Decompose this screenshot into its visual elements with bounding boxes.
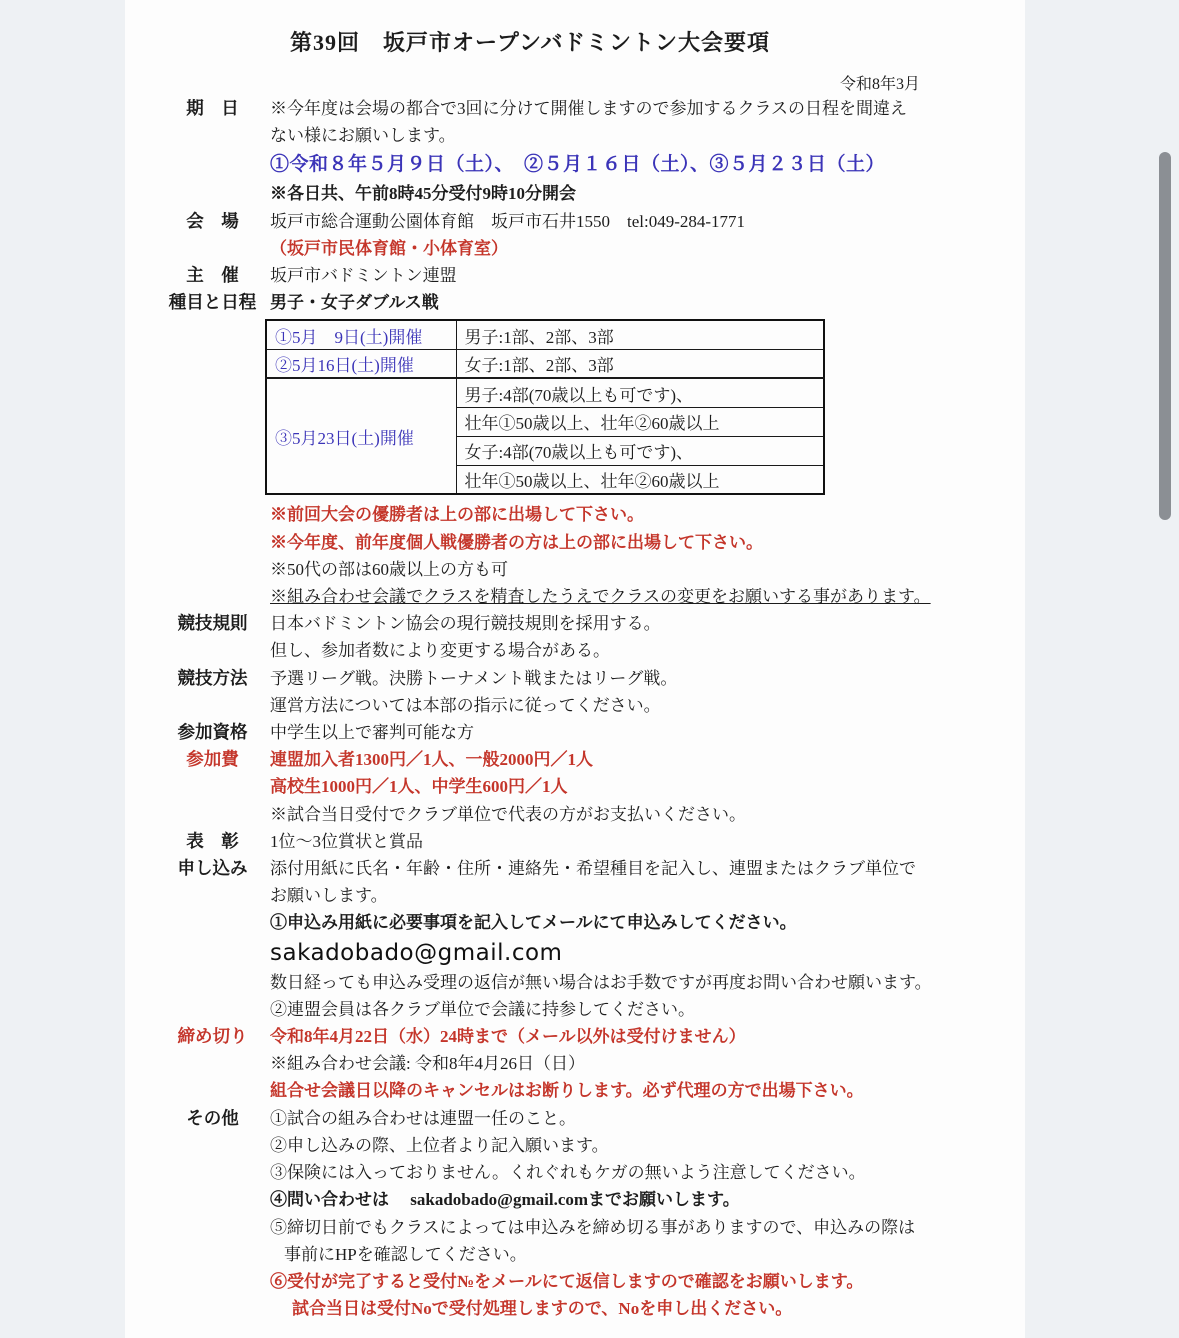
section-events: 種目と日程 男子・女子ダブルス戦 bbox=[125, 289, 1025, 316]
text-line: ※組み合わせ会議: 令和8年4月26日（日） bbox=[270, 1050, 864, 1077]
table-cell-event: 女子:1部、2部、3部 bbox=[456, 349, 824, 378]
table-row: ②5月16日(土)開催 女子:1部、2部、3部 bbox=[266, 349, 824, 378]
deadline-line: 令和8年4月22日（水）24時まで（メール以外は受付けません） bbox=[270, 1023, 864, 1050]
document-page: 第39回 坂戸市オープンバドミントン大会要項 令和8年3月 期 日 ※今年度は会… bbox=[125, 0, 1025, 1338]
text-line: ※今年度は会場の都合で3回に分けて開催しますので参加するクラスの日程を間違え bbox=[270, 95, 907, 122]
text-line: 運営方法については本部の指示に従ってください。 bbox=[270, 692, 677, 719]
section-venue: 会 場 坂戸市総合運動公園体育館 坂戸市石井1550 tel:049-284-1… bbox=[125, 208, 1025, 262]
table-cell-date: ③5月23日(土)開催 bbox=[266, 378, 456, 494]
text-line: 中学生以上で審判可能な方 bbox=[270, 719, 474, 746]
note-line: ※組み合わせ会議でクラスを精査したうえでクラスの変更をお願いする事があります。 bbox=[270, 583, 931, 610]
schedule-table: ①5月 9日(土)開催 男子:1部、2部、3部 ②5月16日(土)開催 女子:1… bbox=[265, 319, 825, 495]
events-type-line: 男子・女子ダブルス戦 bbox=[270, 289, 439, 316]
reception-no-line: ⑥受付が完了すると受付№をメールにて返信しますので確認をお願いします。 bbox=[270, 1268, 915, 1295]
section-label-venue: 会 場 bbox=[160, 208, 265, 235]
email-address: sakadobado@gmail.com bbox=[270, 937, 932, 969]
text-line: ②申し込みの際、上位者より記入願います。 bbox=[270, 1132, 915, 1159]
section-table-notes: ※前回大会の優勝者は上の部に出場して下さい。 ※今年度、前年度個人戦優勝者の方は… bbox=[125, 501, 1025, 610]
section-rules: 競技規則 日本バドミントン協会の現行競技規則を採用する。 但し、参加者数により変… bbox=[125, 610, 1025, 664]
text-line: ②連盟会員は各クラブ単位で会議に持参してください。 bbox=[270, 996, 932, 1023]
text-line: 但し、参加者数により変更する場合がある。 bbox=[270, 637, 661, 664]
cancel-policy-line: 組合せ会議日以降のキャンセルはお断りします。必ず代理の方で出場下さい。 bbox=[270, 1077, 864, 1104]
table-cell-date: ①5月 9日(土)開催 bbox=[266, 320, 456, 349]
fee-note-line: ※試合当日受付でクラブ単位で代表の方がお支払いください。 bbox=[270, 801, 746, 828]
text-line: 数日経っても申込み受理の返信が無い場合はお手数ですが再度お問い合わせ願います。 bbox=[270, 969, 932, 996]
text-line: ⑤締切日前でもクラスによっては申込みを締め切る事がありますので、申込みの際は bbox=[270, 1214, 915, 1241]
note-line: ※前回大会の優勝者は上の部に出場して下さい。 bbox=[270, 501, 931, 528]
text-line: 事前にHPを確認してください。 bbox=[270, 1241, 915, 1268]
section-application: 申し込み 添付用紙に氏名・年齢・住所・連絡先・希望種目を記入し、連盟またはクラブ… bbox=[125, 855, 1025, 1023]
table-cell-date: ②5月16日(土)開催 bbox=[266, 349, 456, 378]
scrollbar-thumb[interactable] bbox=[1159, 152, 1171, 520]
table-cell-event: 男子:1部、2部、3部 bbox=[456, 320, 824, 349]
section-deadline: 締め切り 令和8年4月22日（水）24時まで（メール以外は受付けません） ※組み… bbox=[125, 1023, 1025, 1105]
venue-note-line: （坂戸市民体育館・小体育室） bbox=[270, 235, 745, 262]
section-eligibility: 参加資格 中学生以上で審判可能な方 bbox=[125, 719, 1025, 746]
text-line: 予選リーグ戦。決勝トーナメント戦またはリーグ戦。 bbox=[270, 665, 677, 692]
text-line: ①試合の組み合わせは連盟一任のこと。 bbox=[270, 1105, 915, 1132]
section-label-other: その他 bbox=[160, 1105, 265, 1132]
section-label-application: 申し込み bbox=[160, 855, 265, 882]
organizer-line: 坂戸市バドミントン連盟 bbox=[270, 262, 457, 289]
fee-line: 高校生1000円／1人、中学生600円／1人 bbox=[270, 773, 746, 800]
section-organizer: 主 催 坂戸市バドミントン連盟 bbox=[125, 262, 1025, 289]
section-awards: 表 彰 1位～3位賞状と賞品 bbox=[125, 828, 1025, 855]
table-cell-event: 壮年①50歳以上、壮年②60歳以上 bbox=[456, 407, 824, 436]
venue-line: 坂戸市総合運動公園体育館 坂戸市石井1550 tel:049-284-1771 bbox=[270, 208, 745, 235]
contact-line: ④問い合わせは sakadobado@gmail.comまでお願いします。 bbox=[270, 1186, 915, 1213]
section-format: 競技方法 予選リーグ戦。決勝トーナメント戦またはリーグ戦。 運営方法については本… bbox=[125, 665, 1025, 719]
text-line: ない様にお願いします。 bbox=[270, 122, 907, 149]
document-title: 第39回 坂戸市オープンバドミントン大会要項 bbox=[80, 26, 980, 57]
event-dates-line: ①令和８年５月９日（土）、 ②５月１６日（土）、③５月２３日（土） bbox=[270, 149, 907, 180]
section-label-date: 期 日 bbox=[160, 95, 265, 122]
table-cell-event: 男子:4部(70歳以上も可です)、 bbox=[456, 378, 824, 407]
note-line: ※今年度、前年度個人戦優勝者の方は上の部に出場して下さい。 bbox=[270, 529, 931, 556]
section-label-awards: 表 彰 bbox=[160, 828, 265, 855]
table-row: ③5月23日(土)開催 男子:4部(70歳以上も可です)、 bbox=[266, 378, 824, 407]
text-line: 1位～3位賞状と賞品 bbox=[270, 828, 423, 855]
table-cell-event: 女子:4部(70歳以上も可です)、 bbox=[456, 436, 824, 465]
note-line: ※50代の部は60歳以上の方も可 bbox=[270, 556, 931, 583]
text-line: ③保険には入っておりません。くれぐれもケガの無いよう注意してください。 bbox=[270, 1159, 915, 1186]
section-label-rules: 競技規則 bbox=[160, 610, 265, 637]
section-date: 期 日 ※今年度は会場の都合で3回に分けて開催しますので参加するクラスの日程を間… bbox=[125, 95, 1025, 208]
table-row: ①5月 9日(土)開催 男子:1部、2部、3部 bbox=[266, 320, 824, 349]
section-other: その他 ①試合の組み合わせは連盟一任のこと。 ②申し込みの際、上位者より記入願い… bbox=[125, 1105, 1025, 1323]
issued-date: 令和8年3月 bbox=[125, 71, 1025, 95]
section-label-deadline: 締め切り bbox=[160, 1023, 265, 1050]
section-label-format: 競技方法 bbox=[160, 665, 265, 692]
text-line: ※各日共、午前8時45分受付9時10分開会 bbox=[270, 180, 907, 207]
text-line: お願いします。 bbox=[270, 882, 932, 909]
section-fee: 参加費 連盟加入者1300円／1人、一般2000円／1人 高校生1000円／1人… bbox=[125, 746, 1025, 828]
text-line: 添付用紙に氏名・年齢・住所・連絡先・希望種目を記入し、連盟またはクラブ単位で bbox=[270, 855, 932, 882]
text-line: 日本バドミントン協会の現行競技規則を採用する。 bbox=[270, 610, 661, 637]
fee-line: 連盟加入者1300円／1人、一般2000円／1人 bbox=[270, 746, 746, 773]
section-label-eligibility: 参加資格 bbox=[160, 719, 265, 746]
text-line: ①申込み用紙に必要事項を記入してメールにて申込みしてください。 bbox=[270, 909, 932, 936]
table-cell-event: 壮年①50歳以上、壮年②60歳以上 bbox=[456, 465, 824, 494]
reception-no-line: 試合当日は受付Noで受付処理しますので、Noを申し出ください。 bbox=[270, 1295, 915, 1322]
section-label-fee: 参加費 bbox=[160, 746, 265, 773]
section-label-organizer: 主 催 bbox=[160, 262, 265, 289]
section-label-events: 種目と日程 bbox=[160, 289, 265, 316]
